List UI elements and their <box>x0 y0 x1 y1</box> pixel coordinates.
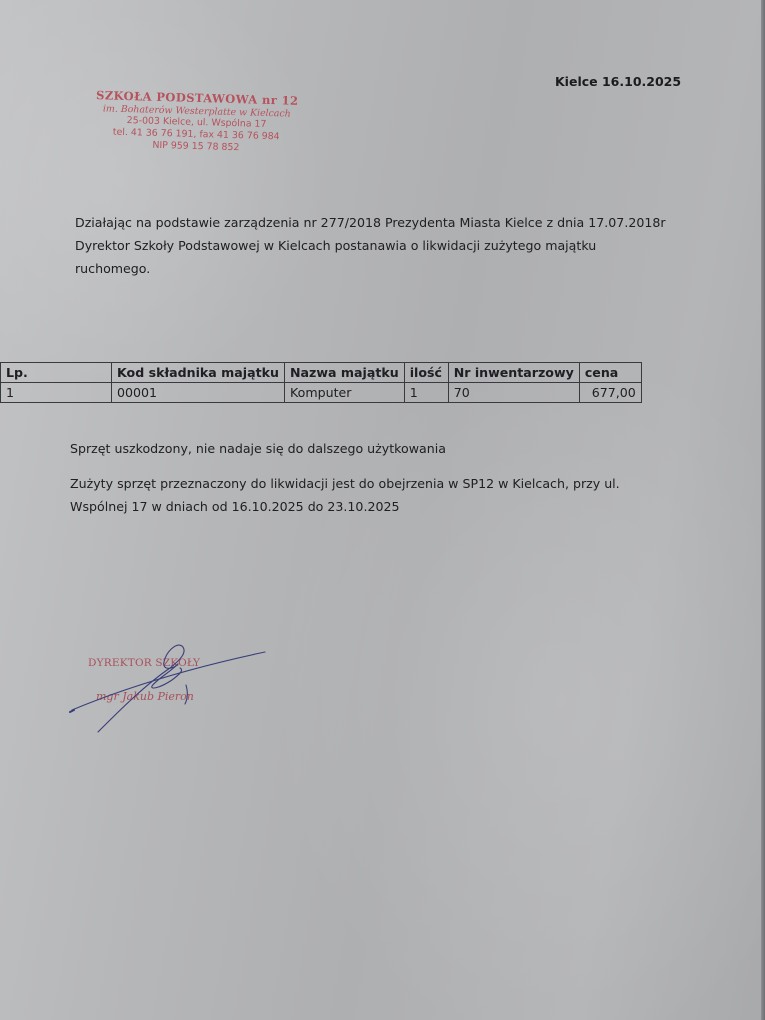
assets-table: Lp. Kod składnika majątku Nazwa majątku … <box>0 362 642 403</box>
status-statement: Sprzęt uszkodzony, nie nadaje się do dal… <box>70 437 446 460</box>
col-price: cena <box>579 363 641 383</box>
place-date: Kielce 16.10.2025 <box>555 74 681 89</box>
cell-asset-code: 00001 <box>112 383 285 403</box>
school-stamp: SZKOŁA PODSTAWOWA nr 12 im. Bohaterów We… <box>88 88 305 156</box>
col-lp: Lp. <box>1 363 112 383</box>
paper-edge <box>761 0 765 1020</box>
table-header-row: Lp. Kod składnika majątku Nazwa majątku … <box>1 363 642 383</box>
col-inventory-number: Nr inwentarzowy <box>448 363 579 383</box>
notice-line: Zużyty sprzęt przeznaczony do likwidacji… <box>70 472 620 495</box>
handwritten-signature-icon <box>60 640 290 740</box>
col-asset-code: Kod składnika majątku <box>112 363 285 383</box>
col-asset-name: Nazwa majątku <box>285 363 405 383</box>
intro-line: Dyrektor Szkoły Podstawowej w Kielcach p… <box>75 234 666 257</box>
intro-paragraph: Działając na podstawie zarządzenia nr 27… <box>75 211 666 280</box>
col-quantity: ilość <box>404 363 448 383</box>
cell-asset-name: Komputer <box>285 383 405 403</box>
notice-line: Wspólnej 17 w dniach od 16.10.2025 do 23… <box>70 495 620 518</box>
cell-quantity: 1 <box>404 383 448 403</box>
intro-line: ruchomego. <box>75 257 666 280</box>
table-row: 1 00001 Komputer 1 70 677,00 <box>1 383 642 403</box>
cell-inventory-number: 70 <box>448 383 579 403</box>
inspection-notice: Zużyty sprzęt przeznaczony do likwidacji… <box>70 472 620 518</box>
intro-line: Działając na podstawie zarządzenia nr 27… <box>75 211 666 234</box>
cell-lp: 1 <box>1 383 112 403</box>
signature-block: DYREKTOR SZKOŁY mgr Jakub Pieron <box>60 640 290 740</box>
cell-price: 677,00 <box>579 383 641 403</box>
